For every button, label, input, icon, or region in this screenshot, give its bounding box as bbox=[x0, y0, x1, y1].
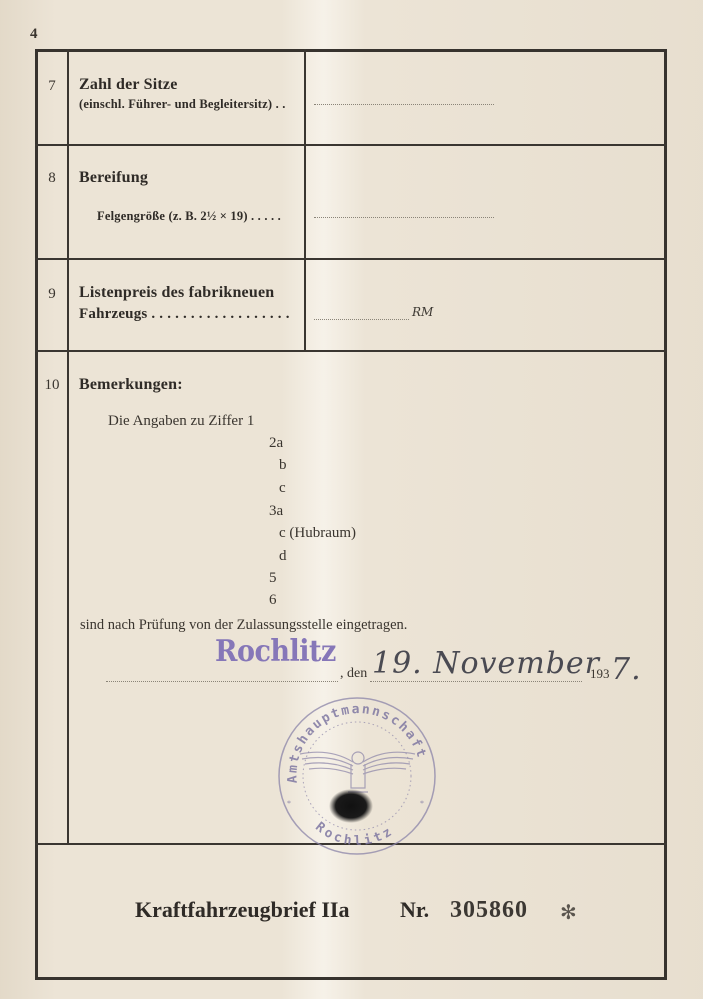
number-label: Nr. bbox=[400, 897, 429, 923]
row-8-sublabel: Felgengröße (z. B. 2½ × 19) . . . . . bbox=[97, 209, 281, 224]
row-8-label: Bereifung bbox=[79, 169, 148, 187]
year-handwritten: 7. bbox=[611, 652, 642, 687]
seal-eagle-icon: Amtshauptmannschaft Rochlitz * * bbox=[275, 688, 440, 858]
remark-item: 3a bbox=[269, 503, 283, 520]
svg-text:*: * bbox=[287, 799, 291, 808]
den-label: , den bbox=[340, 666, 367, 682]
seal-bottom-text: Rochlitz bbox=[312, 820, 397, 849]
row-10-number: 10 bbox=[36, 377, 68, 394]
row-9-sublabel: Fahrzeugs . . . . . . . . . . . . . . . … bbox=[79, 306, 290, 323]
document-number: 305860 bbox=[450, 897, 528, 924]
seal-top-text: Amtshauptmannschaft bbox=[285, 702, 429, 784]
remark-item: c bbox=[279, 480, 286, 497]
row-divider bbox=[35, 258, 667, 260]
page-number: 4 bbox=[30, 26, 38, 43]
row-9-value-field[interactable] bbox=[314, 319, 409, 320]
remarks-closing: sind nach Prüfung von der Zulassungsstel… bbox=[80, 617, 407, 634]
row-divider bbox=[35, 350, 667, 352]
document-title: Kraftfahrzeugbrief IIa bbox=[135, 897, 349, 923]
number-column-divider bbox=[67, 49, 69, 845]
svg-text:Amtshauptmannschaft: Amtshauptmannschaft bbox=[285, 702, 429, 784]
row-7-number: 7 bbox=[36, 78, 68, 95]
row-9-label: Listenpreis des fabrikneuen bbox=[79, 284, 274, 302]
svg-text:*: * bbox=[420, 799, 424, 808]
row-10-label: Bemerkungen: bbox=[79, 376, 183, 394]
row-7-value-field[interactable] bbox=[314, 104, 494, 105]
svg-text:Rochlitz: Rochlitz bbox=[312, 820, 397, 849]
row-7-label: Zahl der Sitze bbox=[79, 76, 178, 94]
row-9-number: 9 bbox=[36, 286, 68, 303]
official-seal: Amtshauptmannschaft Rochlitz * * bbox=[275, 688, 440, 858]
date-field[interactable] bbox=[370, 681, 582, 682]
row-8-number: 8 bbox=[36, 170, 68, 187]
remark-item: d bbox=[279, 548, 287, 565]
remark-item: 6 bbox=[269, 592, 277, 609]
handwritten-date: 19. November bbox=[372, 646, 600, 681]
asterisk-mark-icon: ✻ bbox=[560, 900, 577, 925]
place-field[interactable] bbox=[106, 681, 338, 682]
remark-item: b bbox=[279, 457, 287, 474]
remark-item: 5 bbox=[269, 570, 277, 587]
remark-item: 2a bbox=[269, 435, 283, 452]
row-divider bbox=[35, 144, 667, 146]
place-stamp: Rochlitz bbox=[215, 634, 336, 668]
row-8-value-field[interactable] bbox=[314, 217, 494, 218]
remark-item: c (Hubraum) bbox=[279, 525, 356, 542]
value-column-divider bbox=[304, 49, 306, 352]
year-printed: 193 bbox=[590, 666, 610, 682]
currency-unit: RM bbox=[412, 305, 433, 319]
row-7-sublabel: (einschl. Führer- und Begleitersitz) . . bbox=[79, 97, 286, 112]
remarks-intro: Die Angaben zu Ziffer 1 bbox=[108, 413, 254, 430]
